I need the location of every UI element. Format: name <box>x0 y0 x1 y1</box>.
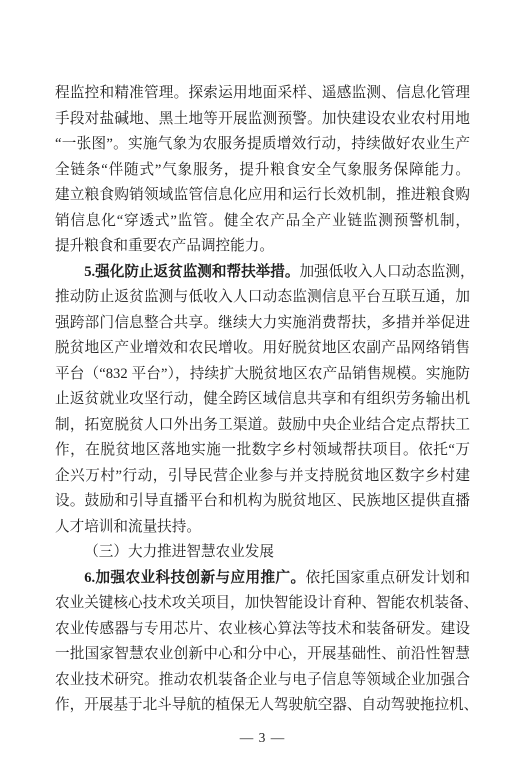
text-line: 提升粮食和重要农产品调控能力。 <box>55 234 470 260</box>
text-line: 企兴万村”行动，引导民营企业参与并支持脱贫地区数字乡村建 <box>55 464 470 490</box>
text-line: 作，开展基于北斗导航的植保无人驾驶航空器、自动驾驶拖拉机、 <box>55 693 470 719</box>
text-line: 制，拓宽脱贫人口外出务工渠道。鼓励中央企业结合定点帮扶工 <box>55 413 470 439</box>
text-line: 推动防止返贫监测与低收入人口动态监测信息平台互联互通，加 <box>55 285 470 311</box>
text-line: 设。鼓励和引导直播平台和机构为脱贫地区、民族地区提供直播 <box>55 489 470 515</box>
text-line-point-6-lead: 6.加强农业科技创新与应用推广。依托国家重点研发计划和 <box>55 566 470 592</box>
document-body: 程监控和精准管理。探索运用地面采样、遥感监测、信息化管理 手段对盐碱地、黑土地等… <box>55 81 470 719</box>
text-line: 农业技术研究。推动农机装备企业与电子信息等领域企业加强合 <box>55 668 470 694</box>
text-line: 农业传感器与专用芯片、农业核心算法等技术和装备研发。建设 <box>55 617 470 643</box>
text-line: 强跨部门信息整合共享。继续大力实施消费帮扶，多措并举促进 <box>55 311 470 337</box>
page-number: — 3 — <box>0 728 525 748</box>
text-line: 人才培训和流量扶持。 <box>55 515 470 541</box>
point-5-lead-rest: 加强低收入人口动态监测， <box>299 264 470 280</box>
text-line: 一批国家智慧农业创新中心和分中心，开展基础性、前沿性智慧 <box>55 642 470 668</box>
text-line: 全链条“伴随式”气象服务，提升粮食安全气象服务保障能力。 <box>55 158 470 184</box>
text-line-point-5-lead: 5.强化防止返贫监测和帮扶举措。加强低收入人口动态监测， <box>55 260 470 286</box>
point-6-lead-rest: 依托国家重点研发计划和 <box>305 570 470 586</box>
text-line: 手段对盐碱地、黑土地等开展监测预警。加快建设农业农村用地 <box>55 107 470 133</box>
text-line: 销信息化“穿透式”监管。健全农产品全产业链监测预警机制， <box>55 209 470 235</box>
text-line: 程监控和精准管理。探索运用地面采样、遥感监测、信息化管理 <box>55 81 470 107</box>
point-5-title: 5.强化防止返贫监测和帮扶举措。 <box>84 264 299 280</box>
point-6-title: 6.加强农业科技创新与应用推广。 <box>84 570 305 586</box>
text-line: “一张图”。实施气象为农服务提质增效行动，持续做好农业生产 <box>55 132 470 158</box>
text-line: 农业关键核心技术攻关项目，加快智能设计育种、智能农机装备、 <box>55 591 470 617</box>
text-line: 作，在脱贫地区落地实施一批数字乡村领域帮扶项目。依托“万 <box>55 438 470 464</box>
section-heading: （三）大力推进智慧农业发展 <box>55 540 470 566</box>
text-line: 建立粮食购销领域监管信息化应用和运行长效机制，推进粮食购 <box>55 183 470 209</box>
text-line: 止返贫就业攻坚行动，健全跨区域信息共享和有组织劳务输出机 <box>55 387 470 413</box>
text-line: 平台（“832 平台”），持续扩大脱贫地区农产品销售规模。实施防 <box>55 362 470 388</box>
text-line: 脱贫地区产业增效和农民增收。用好脱贫地区农副产品网络销售 <box>55 336 470 362</box>
document-page: 程监控和精准管理。探索运用地面采样、遥感监测、信息化管理 手段对盐碱地、黑土地等… <box>0 0 525 775</box>
